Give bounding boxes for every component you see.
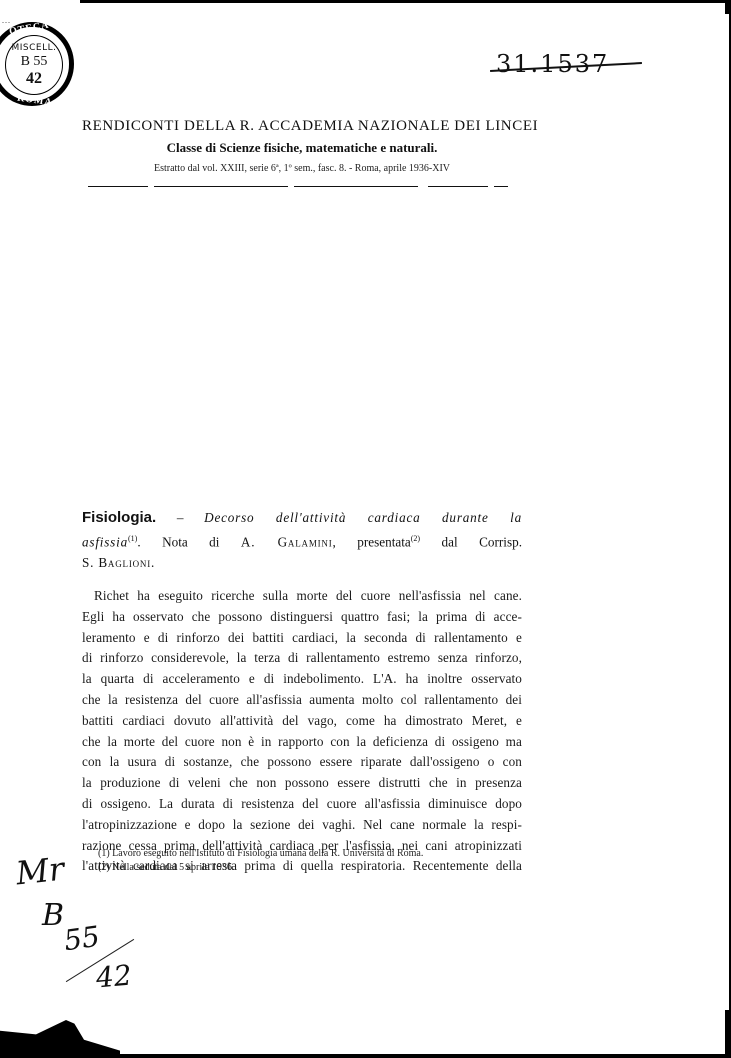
body-line: leramento e di rinforzo dei battiti card… [82, 628, 522, 649]
journal-title: RENDICONTI DELLA R. ACCADEMIA NAZIONALE … [82, 118, 522, 135]
body-line: la produzione di veleni che non possono … [82, 773, 522, 794]
body-line: che la resistenza del cuore all'asfissia… [82, 690, 522, 711]
heading-line-2: asfissia(1). Nota di A. Galamini, presen… [82, 529, 522, 553]
nota-text: . Nota di [137, 534, 241, 549]
heading-dash: – [156, 510, 204, 525]
heading-line-3: S. Baglioni. [82, 553, 522, 574]
handwritten-shelf-letter: B [42, 898, 64, 933]
handwritten-item-number: 42 [95, 959, 133, 995]
body-line: Richet ha eseguito ricerche sulla morte … [82, 586, 522, 607]
body-line: battiti cardiaci dovuto all'attività del… [82, 711, 522, 732]
presenter-period: . [151, 555, 154, 570]
scan-corner-edge [725, 0, 731, 14]
article-heading: Fisiologia. – Decorso dell'attività card… [82, 508, 522, 574]
author-name: A. Galamini [241, 534, 333, 549]
footnote-ref-2: (2) [411, 534, 420, 543]
corner-marks: ... [2, 16, 11, 25]
heading-line-1: Fisiologia. – Decorso dell'attività card… [82, 508, 522, 529]
body-line: di rinforzo considerevole, la terza di r… [82, 648, 522, 669]
scan-right-edge-bottom [725, 1010, 731, 1058]
footnote-1: (1) Lavoro eseguito nell'Istituto di Fis… [98, 847, 522, 861]
scan-ink-blot [0, 1020, 120, 1056]
body-line: la quarta di acceleramento e di indeboli… [82, 669, 522, 690]
article-body: Richet ha eseguito ricerche sulla morte … [82, 586, 522, 877]
body-line: di ossigeno. La durata di resistenza del… [82, 794, 522, 815]
scan-top-border [80, 0, 731, 3]
handwritten-initials: Mr [14, 850, 66, 893]
library-stamp: OTECA MISCELL. B 55 42 ROMA [0, 22, 74, 106]
extract-citation: Estratto dal vol. XXIII, serie 6ª, 1º se… [82, 163, 522, 174]
by-text: dal Corrisp. [420, 534, 522, 549]
footnote-ref-1: (1) [128, 534, 137, 543]
presented-text: , presentata [333, 534, 411, 549]
header-rule [88, 186, 508, 187]
body-line: con la usura di sostanze, che possono es… [82, 752, 522, 773]
stamp-inner-circle: MISCELL. B 55 42 [5, 35, 63, 95]
footnotes: (1) Lavoro eseguito nell'Istituto di Fis… [98, 847, 522, 875]
footnote-2: (2) Nella seduta del 5 aprile 1936. [98, 861, 522, 875]
body-line: che la morte del cuore non è in rapporto… [82, 732, 522, 753]
body-line: Egli ha osservato che possono distinguer… [82, 607, 522, 628]
section-label: Fisiologia. [82, 509, 156, 526]
article-title-part1: Decorso dell'attività cardiaca durante l… [204, 510, 522, 525]
stamp-collection: MISCELL. [12, 43, 57, 53]
stamp-ring-bottom-text: ROMA [16, 93, 53, 109]
body-line: l'atropinizzazione e dopo la sezione dei… [82, 815, 522, 836]
presenter-name: S. Baglioni [82, 555, 151, 570]
stamp-number: 42 [26, 70, 42, 88]
journal-class: Classe di Scienze fisiche, matematiche e… [82, 140, 522, 156]
stamp-shelf: B 55 [21, 54, 48, 70]
handwritten-shelf-number: 55 [62, 920, 102, 958]
article-title-part2: asfissia [82, 534, 128, 549]
